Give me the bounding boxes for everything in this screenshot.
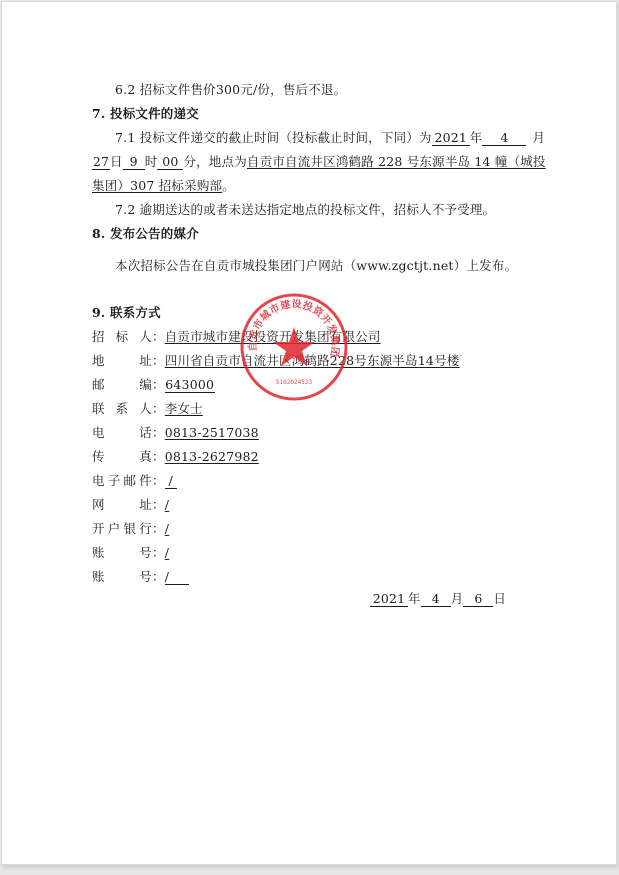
day-unit: 日 — [110, 154, 123, 169]
colon: ： — [152, 497, 165, 512]
hour-unit: 时 — [145, 154, 158, 169]
contact-value: / — [165, 497, 169, 512]
date-month: 4 — [421, 592, 451, 607]
document-page: 6.2 招标文件售价300元/份，售后不退。 7. 投标文件的递交 7.1 投标… — [1, 1, 617, 865]
contact-label: 电子邮件 — [92, 473, 152, 489]
contact-label: 邮 编 — [92, 377, 152, 393]
contact-account-2: 账 号：/ — [92, 569, 189, 585]
item-7-1-prefix: 7.1 投标文件递交的截止时间（投标截止时间，下同）为 — [115, 130, 432, 145]
year-unit: 年 — [470, 130, 483, 145]
contact-bank: 开户银行：/ — [92, 521, 169, 537]
contact-value: / — [165, 521, 169, 536]
contact-value: / — [165, 545, 169, 560]
contact-value: 0813-2627982 — [165, 449, 259, 464]
contact-account-1: 账 号：/ — [92, 545, 169, 561]
contact-phone: 电 话：0813-2517038 — [92, 425, 259, 441]
contact-value: 0813-2517038 — [165, 425, 259, 440]
date-month-unit: 月 — [451, 591, 464, 606]
contact-label: 联 系 人 — [92, 401, 152, 417]
deadline-minute: 00 — [157, 155, 183, 170]
period: 。 — [222, 178, 235, 193]
svg-text:5102024523: 5102024523 — [276, 379, 313, 386]
minute-unit: 分，地点为 — [183, 154, 247, 169]
contact-website: 网 址：/ — [92, 497, 169, 513]
date-year: 2021 — [370, 592, 408, 607]
contact-label: 开户银行 — [92, 521, 152, 537]
deadline-month: 4 — [482, 131, 526, 146]
contact-value: / — [165, 570, 189, 585]
colon: ： — [152, 425, 165, 440]
contact-label: 网 址 — [92, 497, 152, 513]
section-8-body: 本次招标公告在自贡市城投集团门户网站（www.zgctjt.net）上发布。 — [115, 258, 517, 274]
contact-person: 联 系 人：李女士 — [92, 401, 203, 417]
deadline-year: 2021 — [432, 131, 470, 146]
month-unit: 月 — [532, 130, 545, 145]
company-seal-icon: 自贡市城市建设投资开发集团有限公司 5102024523 — [239, 292, 349, 402]
item-6-2: 6.2 招标文件售价300元/份，售后不退。 — [115, 82, 346, 98]
contact-value: 643000 — [165, 378, 215, 393]
section-7-heading: 7. 投标文件的递交 — [92, 106, 199, 122]
item-7-1-line2: 27日9时00分，地点为自贡市自流井区鸿鹤路 228 号东源半岛 14 幢（城投 — [92, 154, 546, 170]
deadline-hour: 9 — [123, 155, 145, 170]
deadline-day: 27 — [92, 155, 110, 170]
colon: ： — [152, 353, 165, 368]
colon: ： — [152, 329, 165, 344]
item-7-2: 7.2 逾期送达的或者未送达指定地点的投标文件，招标人不予受理。 — [115, 202, 495, 218]
submission-location-2: 集团）307 招标采购部 — [92, 178, 222, 193]
section-9-heading: 9. 联系方式 — [92, 305, 161, 321]
item-7-1-line1: 7.1 投标文件递交的截止时间（投标截止时间，下同）为2021年4月 — [115, 130, 545, 146]
contact-label: 招 标 人 — [92, 329, 152, 345]
contact-value: / — [165, 474, 177, 489]
contact-fax: 传 真：0813-2627982 — [92, 449, 259, 465]
colon: ： — [152, 569, 165, 584]
contact-label: 账 号 — [92, 569, 152, 585]
date-day: 6 — [463, 592, 493, 607]
contact-label: 地 址 — [92, 353, 152, 369]
colon: ： — [152, 449, 165, 464]
contact-label: 账 号 — [92, 545, 152, 561]
contact-label: 电 话 — [92, 425, 152, 441]
colon: ： — [152, 473, 165, 488]
colon: ： — [152, 401, 165, 416]
colon: ： — [152, 377, 165, 392]
contact-value: 李女士 — [165, 401, 203, 416]
contact-label: 传 真 — [92, 449, 152, 465]
date-day-unit: 日 — [493, 591, 506, 606]
section-8-heading: 8. 发布公告的媒介 — [92, 226, 199, 242]
contact-postcode: 邮 编：643000 — [92, 377, 215, 393]
document-date: 2021年4月6日 — [370, 591, 506, 607]
date-year-unit: 年 — [408, 591, 421, 606]
submission-location-1: 自贡市自流井区鸿鹤路 228 号东源半岛 14 幢（城投 — [247, 154, 546, 169]
item-7-1-line3: 集团）307 招标采购部。 — [92, 178, 235, 194]
contact-email: 电子邮件：/ — [92, 473, 177, 489]
colon: ： — [152, 521, 165, 536]
colon: ： — [152, 545, 165, 560]
